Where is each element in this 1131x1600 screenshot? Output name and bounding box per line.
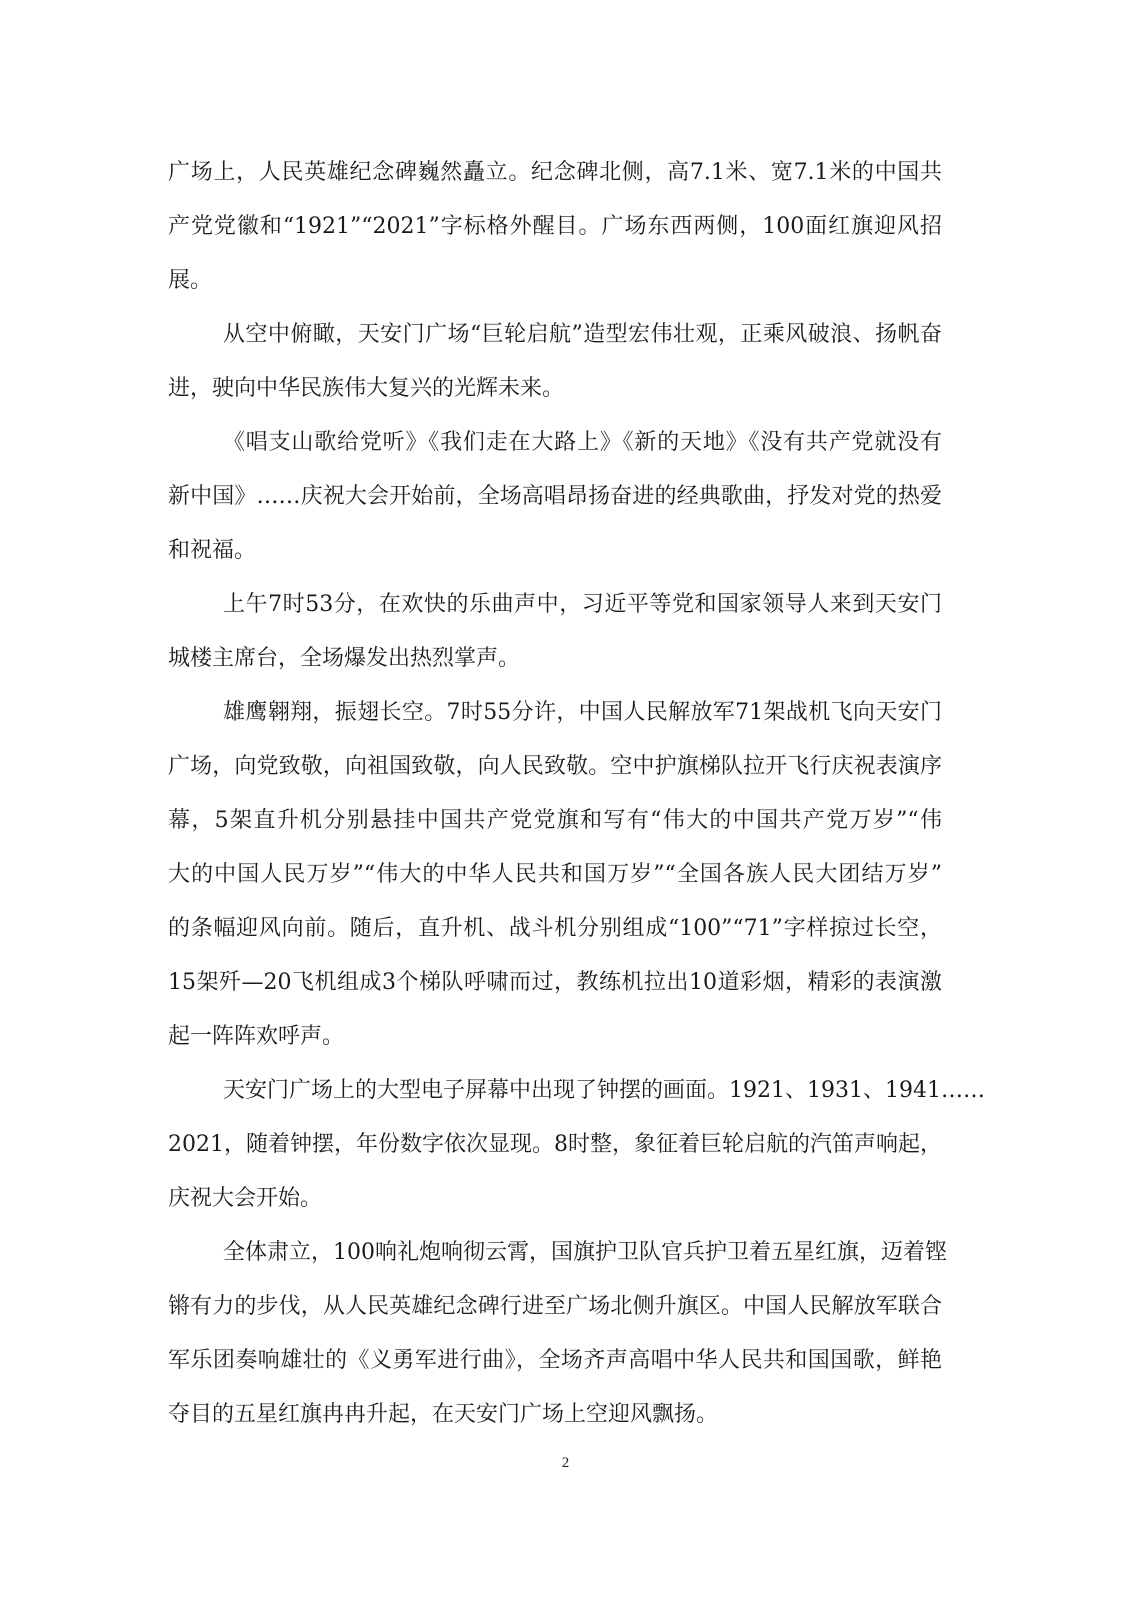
text-line: 上午7时53分，在欢快的乐曲声中，习近平等党和国家领导人来到天安门 — [168, 578, 942, 632]
text-line: 进，驶向中华民族伟大复兴的光辉未来。 — [168, 362, 942, 416]
paragraph: 上午7时53分，在欢快的乐曲声中，习近平等党和国家领导人来到天安门 城楼主席台，… — [168, 578, 942, 686]
text-line: 幕，5架直升机分别悬挂中国共产党党旗和写有“伟大的中国共产党万岁”“伟 — [168, 794, 942, 848]
page-number: 2 — [0, 1455, 1131, 1472]
text-line: 新中国》……庆祝大会开始前，全场高唱昂扬奋进的经典歌曲，抒发对党的热爱 — [168, 470, 942, 524]
text-line: 夺目的五星红旗冉冉升起，在天安门广场上空迎风飘扬。 — [168, 1388, 942, 1442]
text-line: 从空中俯瞰，天安门广场“巨轮启航”造型宏伟壮观，正乘风破浪、扬帆奋 — [168, 308, 942, 362]
paragraph: 全体肃立，100响礼炮响彻云霄，国旗护卫队官兵护卫着五星红旗，迈着铿 锵有力的步… — [168, 1226, 942, 1442]
paragraph: 《唱支山歌给党听》《我们走在大路上》《新的天地》《没有共产党就没有 新中国》……… — [168, 416, 942, 578]
document-page: 广场上，人民英雄纪念碑巍然矗立。纪念碑北侧，高7.1米、宽7.1米的中国共 产党… — [0, 0, 1131, 1600]
text-line: 起一阵阵欢呼声。 — [168, 1010, 942, 1064]
text-line: 广场，向党致敬，向祖国致敬，向人民致敬。空中护旗梯队拉开飞行庆祝表演序 — [168, 740, 942, 794]
text-line: 军乐团奏响雄壮的《义勇军进行曲》，全场齐声高唱中华人民共和国国歌，鲜艳 — [168, 1334, 942, 1388]
text-line: 和祝福。 — [168, 524, 942, 578]
text-line: 天安门广场上的大型电子屏幕中出现了钟摆的画面。1921、1931、1941…… — [168, 1064, 942, 1118]
paragraph: 广场上，人民英雄纪念碑巍然矗立。纪念碑北侧，高7.1米、宽7.1米的中国共 产党… — [168, 146, 942, 308]
text-line: 展。 — [168, 254, 942, 308]
text-line: 2021，随着钟摆，年份数字依次显现。8时整，象征着巨轮启航的汽笛声响起， — [168, 1118, 942, 1172]
text-line: 《唱支山歌给党听》《我们走在大路上》《新的天地》《没有共产党就没有 — [168, 416, 942, 470]
text-line: 雄鹰翱翔，振翅长空。7时55分许，中国人民解放军71架战机飞向天安门 — [168, 686, 942, 740]
text-line: 产党党徽和“1921”“2021”字标格外醒目。广场东西两侧，100面红旗迎风招 — [168, 200, 942, 254]
paragraph: 从空中俯瞰，天安门广场“巨轮启航”造型宏伟壮观，正乘风破浪、扬帆奋 进，驶向中华… — [168, 308, 942, 416]
paragraph: 天安门广场上的大型电子屏幕中出现了钟摆的画面。1921、1931、1941…… … — [168, 1064, 942, 1226]
text-line: 广场上，人民英雄纪念碑巍然矗立。纪念碑北侧，高7.1米、宽7.1米的中国共 — [168, 146, 942, 200]
text-line: 城楼主席台，全场爆发出热烈掌声。 — [168, 632, 942, 686]
text-line: 大的中国人民万岁”“伟大的中华人民共和国万岁”“全国各族人民大团结万岁” — [168, 848, 942, 902]
document-body: 广场上，人民英雄纪念碑巍然矗立。纪念碑北侧，高7.1米、宽7.1米的中国共 产党… — [168, 146, 942, 1442]
text-line: 锵有力的步伐，从人民英雄纪念碑行进至广场北侧升旗区。中国人民解放军联合 — [168, 1280, 942, 1334]
text-line: 庆祝大会开始。 — [168, 1172, 942, 1226]
paragraph: 雄鹰翱翔，振翅长空。7时55分许，中国人民解放军71架战机飞向天安门 广场，向党… — [168, 686, 942, 1064]
text-line: 的条幅迎风向前。随后，直升机、战斗机分别组成“100”“71”字样掠过长空， — [168, 902, 942, 956]
text-line: 全体肃立，100响礼炮响彻云霄，国旗护卫队官兵护卫着五星红旗，迈着铿 — [168, 1226, 942, 1280]
text-line: 15架歼—20飞机组成3个梯队呼啸而过，教练机拉出10道彩烟，精彩的表演激 — [168, 956, 942, 1010]
